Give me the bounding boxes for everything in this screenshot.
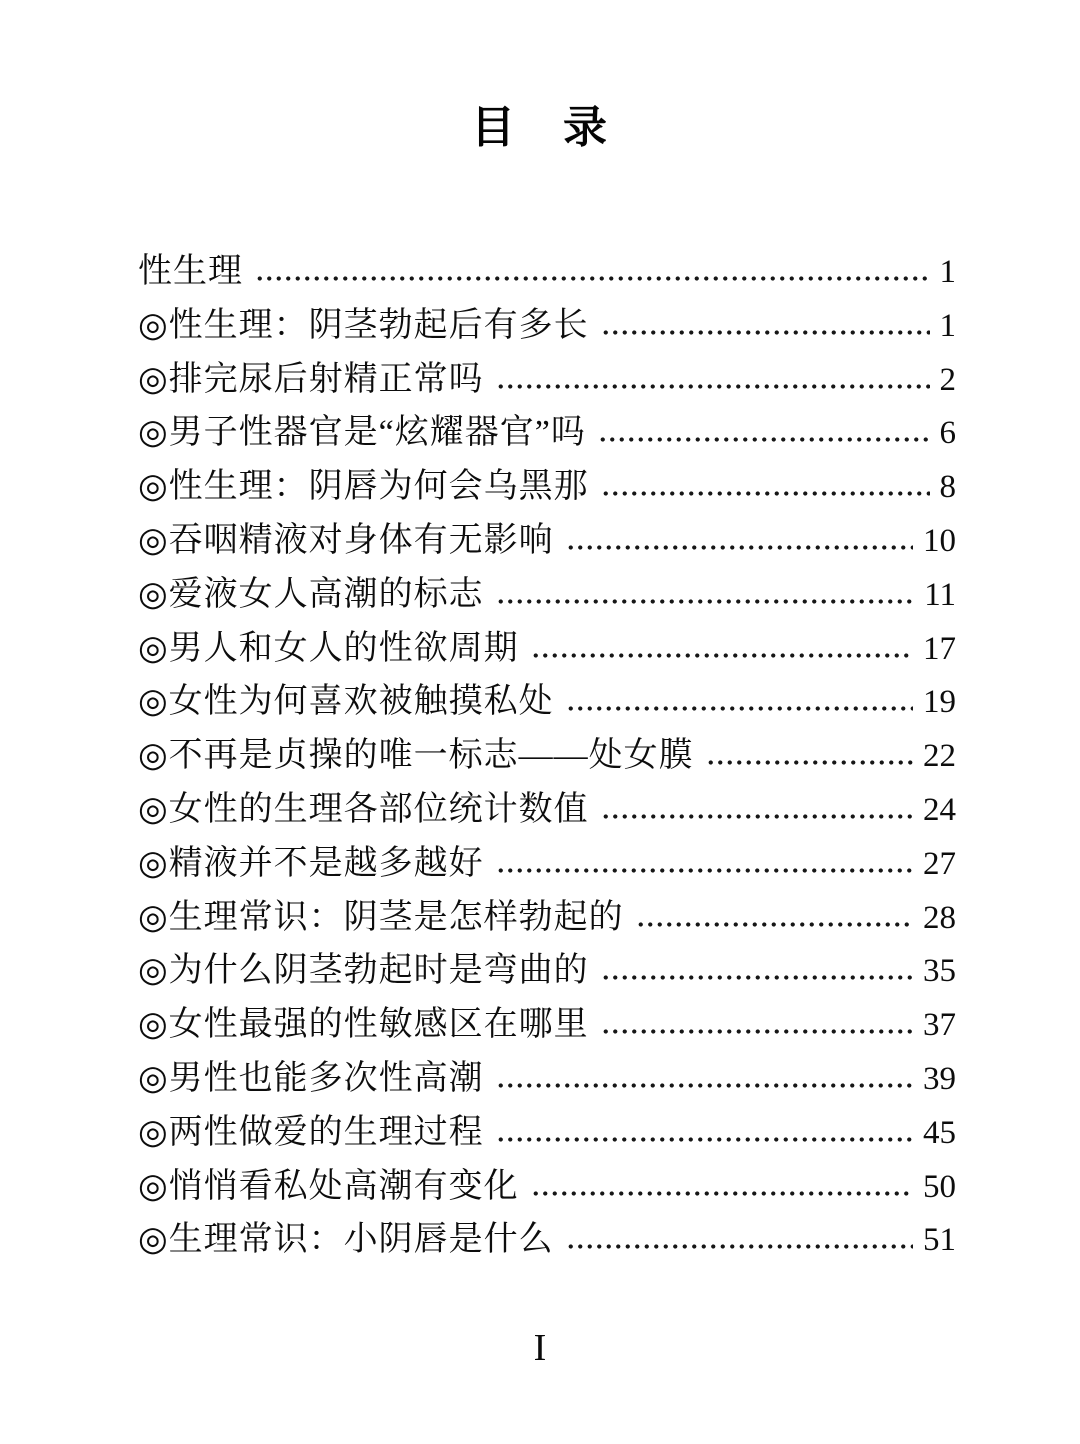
toc-entry-row: ◎男性也能多次性高潮 39 xyxy=(138,1052,956,1106)
toc-entry-label: ◎男性也能多次性高潮 xyxy=(138,1052,484,1106)
toc-entry-label: ◎悄悄看私处高潮有变化 xyxy=(138,1160,519,1214)
toc-dot-leader xyxy=(601,1028,913,1035)
toc-entry-label: ◎女性为何喜欢被触摸私处 xyxy=(138,675,554,729)
toc-entry-page-number: 10 xyxy=(923,515,956,569)
toc-entry-page-number: 24 xyxy=(923,784,956,838)
toc-entry-row: ◎精液并不是越多越好 27 xyxy=(138,837,956,891)
toc-entry-label: ◎排完尿后射精正常吗 xyxy=(138,353,484,407)
toc-entry-page-number: 28 xyxy=(923,892,956,946)
toc-entry-row: ◎性生理：阴茎勃起后有多长 1 xyxy=(138,299,956,353)
toc-entry-label: ◎女性最强的性敏感区在哪里 xyxy=(138,998,589,1052)
toc-entry-row: ◎性生理：阴唇为何会乌黑那 8 xyxy=(138,460,956,514)
toc-entry-label: ◎生理常识：阴茎是怎样勃起的 xyxy=(138,891,624,945)
toc-entry-page-number: 22 xyxy=(923,730,956,784)
toc-entry-page-number: 6 xyxy=(940,407,957,461)
toc-entry-page-number: 45 xyxy=(923,1107,956,1161)
toc-entry-row: ◎生理常识：阴茎是怎样勃起的 28 xyxy=(138,891,956,945)
toc-dot-leader xyxy=(531,652,913,659)
toc-entry-row: ◎男人和女人的性欲周期 17 xyxy=(138,622,956,676)
toc-entry-row: ◎生理常识：小阴唇是什么 51 xyxy=(138,1213,956,1267)
toc-entry-row: ◎女性的生理各部位统计数值 24 xyxy=(138,783,956,837)
toc-dot-leader xyxy=(496,1136,913,1143)
toc-entry-row: ◎爱液女人高潮的标志 11 xyxy=(138,568,956,622)
toc-dot-leader xyxy=(255,275,930,282)
toc-entry-page-number: 1 xyxy=(940,300,957,354)
toc-dot-leader xyxy=(601,490,930,497)
toc-entry-label: ◎男子性器官是“炫耀器官”吗 xyxy=(138,406,586,460)
toc-dot-leader xyxy=(496,598,915,605)
toc-dot-leader xyxy=(496,383,930,390)
toc-entry-page-number: 2 xyxy=(940,354,957,408)
toc-entry-row: ◎男子性器官是“炫耀器官”吗 6 xyxy=(138,406,956,460)
toc-dot-leader xyxy=(706,759,913,766)
toc-entry-label: ◎女性的生理各部位统计数值 xyxy=(138,783,589,837)
toc-dot-leader xyxy=(496,1082,913,1089)
toc-dot-leader xyxy=(566,705,913,712)
toc-entry-page-number: 50 xyxy=(923,1161,956,1215)
toc-entry-page-number: 11 xyxy=(924,569,956,623)
toc-entry-row: ◎女性最强的性敏感区在哪里 37 xyxy=(138,998,956,1052)
toc-entry-row: ◎不再是贞操的唯一标志——处女膜 22 xyxy=(138,729,956,783)
toc-entry-page-number: 37 xyxy=(923,999,956,1053)
toc-entry-page-number: 51 xyxy=(923,1214,956,1268)
toc-entry-page-number: 39 xyxy=(923,1053,956,1107)
toc-entry-page-number: 8 xyxy=(940,461,957,515)
toc-entry-page-number: 35 xyxy=(923,945,956,999)
toc-entry-label: ◎爱液女人高潮的标志 xyxy=(138,568,484,622)
footer-page-number: I xyxy=(0,1326,1080,1370)
toc-entry-page-number: 1 xyxy=(940,246,957,300)
toc-dot-leader xyxy=(531,1190,913,1197)
toc-entry-label: ◎性生理：阴茎勃起后有多长 xyxy=(138,299,589,353)
toc-entry-row: ◎悄悄看私处高潮有变化 50 xyxy=(138,1160,956,1214)
toc-dot-leader xyxy=(601,974,913,981)
toc-dot-leader xyxy=(598,436,930,443)
toc-dot-leader xyxy=(566,1243,913,1250)
toc-entry-label: ◎性生理：阴唇为何会乌黑那 xyxy=(138,460,589,514)
toc-entry-page-number: 17 xyxy=(923,623,956,677)
toc-list: 性生理 1 ◎性生理：阴茎勃起后有多长 1 ◎排完尿后射精正常吗 2 ◎男子性器… xyxy=(138,245,956,1267)
toc-entry-label: ◎为什么阴茎勃起时是弯曲的 xyxy=(138,944,589,998)
page-title: 目 录 xyxy=(0,102,1080,155)
toc-dot-leader xyxy=(566,544,913,551)
toc-entry-row: ◎两性做爱的生理过程 45 xyxy=(138,1106,956,1160)
toc-entry-label: ◎生理常识：小阴唇是什么 xyxy=(138,1213,554,1267)
toc-entry-page-number: 19 xyxy=(923,676,956,730)
toc-entry-row: ◎吞咽精液对身体有无影响 10 xyxy=(138,514,956,568)
toc-entry-label: ◎吞咽精液对身体有无影响 xyxy=(138,514,554,568)
toc-dot-leader xyxy=(496,867,913,874)
toc-entry-label: ◎两性做爱的生理过程 xyxy=(138,1106,484,1160)
toc-entry-row: ◎女性为何喜欢被触摸私处 19 xyxy=(138,675,956,729)
toc-entry-row: ◎排完尿后射精正常吗 2 xyxy=(138,353,956,407)
toc-entry-label: ◎精液并不是越多越好 xyxy=(138,837,484,891)
toc-entry-label: 性生理 xyxy=(138,245,243,299)
toc-entry-page-number: 27 xyxy=(923,838,956,892)
toc-entry-label: ◎男人和女人的性欲周期 xyxy=(138,622,519,676)
toc-dot-leader xyxy=(601,329,930,336)
toc-dot-leader xyxy=(601,813,913,820)
toc-dot-leader xyxy=(636,921,913,928)
toc-entry-row: 性生理 1 xyxy=(138,245,956,299)
toc-entry-row: ◎为什么阴茎勃起时是弯曲的 35 xyxy=(138,944,956,998)
document-page: 目 录 性生理 1 ◎性生理：阴茎勃起后有多长 1 ◎排完尿后射精正常吗 2 ◎… xyxy=(0,0,1080,1444)
toc-entry-label: ◎不再是贞操的唯一标志——处女膜 xyxy=(138,729,694,783)
